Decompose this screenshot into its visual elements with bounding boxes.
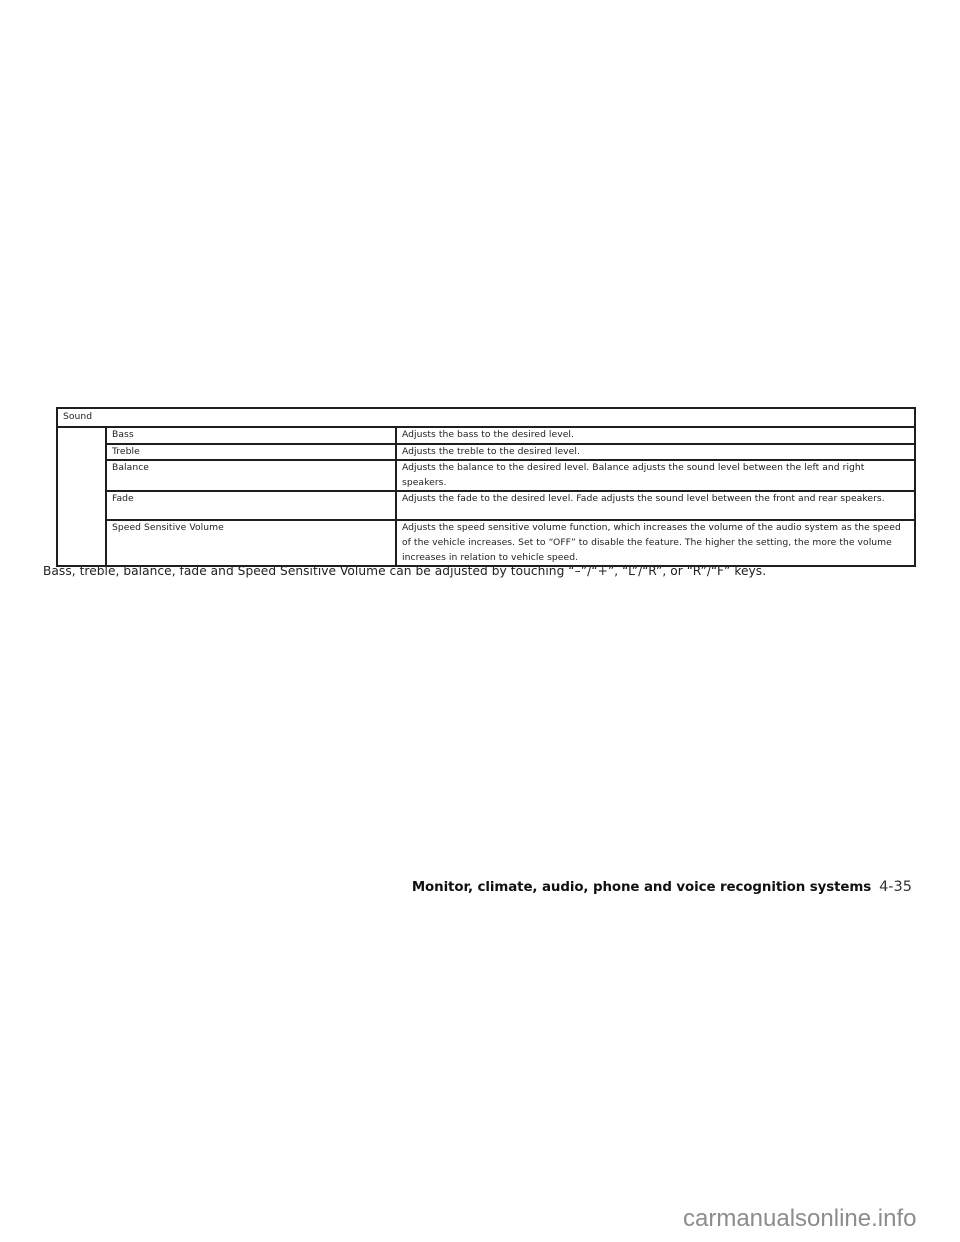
setting-name: Fade <box>106 491 396 520</box>
footer-section-title: Monitor, climate, audio, phone and voice… <box>412 880 871 895</box>
table-row: Bass Adjusts the bass to the desired lev… <box>57 427 915 444</box>
setting-name: Treble <box>106 444 396 461</box>
setting-name: Balance <box>106 460 396 491</box>
setting-name: Speed Sensitive Volume <box>106 520 396 566</box>
adjustment-note: Bass, treble, balance, fade and Speed Se… <box>43 564 766 578</box>
indent-cell <box>57 427 106 566</box>
setting-description: Adjusts the treble to the desired level. <box>396 444 915 461</box>
table-row: Balance Adjusts the balance to the desir… <box>57 460 915 491</box>
table-row: Speed Sensitive Volume Adjusts the speed… <box>57 520 915 566</box>
sound-settings-table: Sound Bass Adjusts the bass to the desir… <box>56 407 916 567</box>
watermark-link[interactable]: carmanualsonline.info <box>683 1205 916 1233</box>
table-row: Treble Adjusts the treble to the desired… <box>57 444 915 461</box>
table-section-header: Sound <box>57 408 915 427</box>
manual-page: Sound Bass Adjusts the bass to the desir… <box>0 0 960 1242</box>
table-row: Fade Adjusts the fade to the desired lev… <box>57 491 915 520</box>
setting-description: Adjusts the speed sensitive volume funct… <box>396 520 915 566</box>
setting-description: Adjusts the fade to the desired level. F… <box>396 491 915 520</box>
page-number: 4-35 <box>879 879 912 895</box>
page-footer: Monitor, climate, audio, phone and voice… <box>412 876 912 895</box>
setting-description: Adjusts the balance to the desired level… <box>396 460 915 491</box>
setting-name: Bass <box>106 427 396 444</box>
setting-description: Adjusts the bass to the desired level. <box>396 427 915 444</box>
